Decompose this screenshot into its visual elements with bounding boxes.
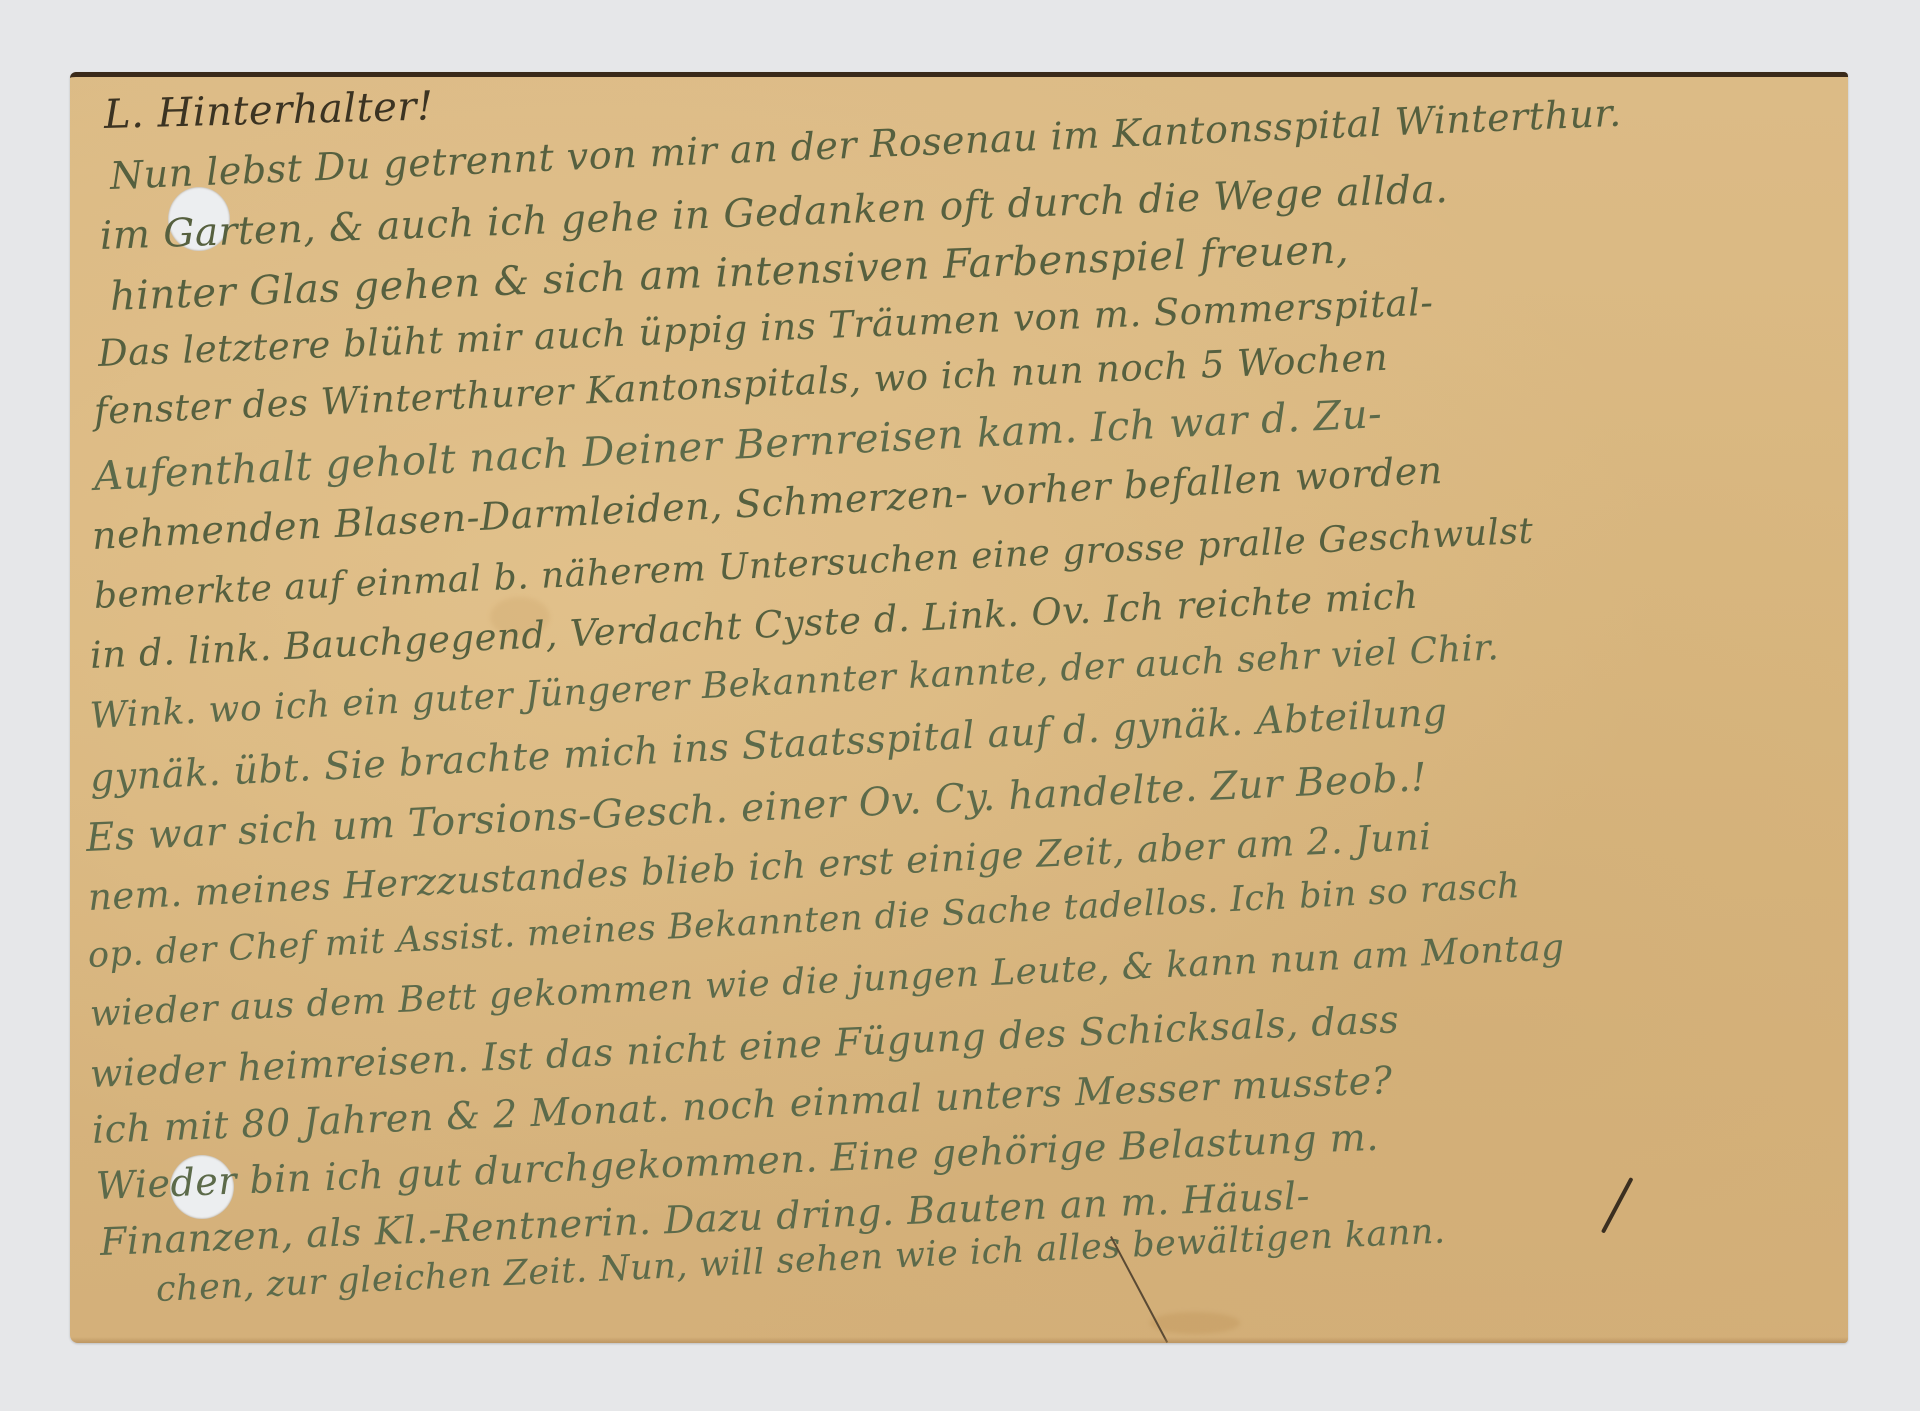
age-stain (1150, 1312, 1240, 1334)
ink-stroke (1601, 1177, 1634, 1234)
salutation: L. Hinterhalter! (103, 86, 434, 135)
postcard: L. Hinterhalter! Nun lebst Du getrennt v… (70, 72, 1848, 1343)
